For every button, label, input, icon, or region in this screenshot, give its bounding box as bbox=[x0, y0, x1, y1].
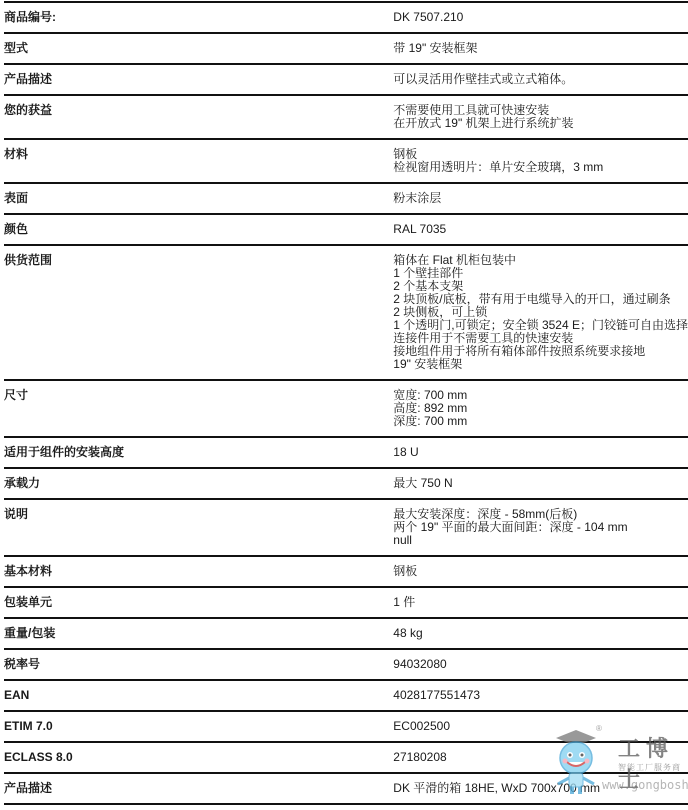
spec-value-line: DK 7507.210 bbox=[393, 11, 688, 24]
spec-value-line: 最大 750 N bbox=[393, 477, 688, 490]
spec-value-line: 4028177551473 bbox=[393, 689, 688, 702]
spec-label: ECLASS 8.0 bbox=[4, 742, 393, 773]
spec-value: 粉末涂层 bbox=[393, 183, 688, 214]
spec-row: 您的获益不需要使用工具就可快速安装在开放式 19" 机架上进行系统扩装 bbox=[4, 95, 688, 139]
spec-row: 供货范围箱体在 Flat 机柜包装中1 个壁挂部件2 个基本支架2 块顶板/底板… bbox=[4, 245, 688, 380]
spec-value-line: 两个 19" 平面的最大面间距：深度 - 104 mm bbox=[393, 521, 688, 534]
spec-value: 钢板检视窗用透明片：单片安全玻璃，3 mm bbox=[393, 139, 688, 183]
spec-value: RAL 7035 bbox=[393, 214, 688, 245]
spec-label: 型式 bbox=[4, 33, 393, 64]
spec-label: 包装单元 bbox=[4, 587, 393, 618]
spec-value-line: 带 19" 安装框架 bbox=[393, 42, 688, 55]
spec-value: 1 件 bbox=[393, 587, 688, 618]
spec-label: 基本材料 bbox=[4, 556, 393, 587]
spec-label: 材料 bbox=[4, 139, 393, 183]
spec-value-line: 19" 安装框架 bbox=[393, 358, 688, 371]
spec-label: 表面 bbox=[4, 183, 393, 214]
spec-row: 尺寸宽度: 700 mm高度: 892 mm深度: 700 mm bbox=[4, 380, 688, 437]
spec-value-line: EC002500 bbox=[393, 720, 688, 733]
spec-row: 承载力最大 750 N bbox=[4, 468, 688, 499]
spec-value: 27180208 bbox=[393, 742, 688, 773]
spec-row: 商品编号:DK 7507.210 bbox=[4, 2, 688, 33]
spec-value: 4028177551473 bbox=[393, 680, 688, 711]
spec-row: 适用于组件的安装高度18 U bbox=[4, 437, 688, 468]
spec-value-line: 在开放式 19" 机架上进行系统扩装 bbox=[393, 117, 688, 130]
spec-row: 产品描述DK 平滑的箱 18HE, WxD 700x700 mm bbox=[4, 773, 688, 804]
spec-value: 可以灵活用作壁挂式或立式箱体。 bbox=[393, 64, 688, 95]
spec-label: 供货范围 bbox=[4, 245, 393, 380]
spec-label: ETIM 7.0 bbox=[4, 711, 393, 742]
spec-value: EC002500 bbox=[393, 711, 688, 742]
spec-value: 最大 750 N bbox=[393, 468, 688, 499]
spec-label: 说明 bbox=[4, 499, 393, 556]
spec-label: 适用于组件的安装高度 bbox=[4, 437, 393, 468]
spec-value: 钢板 bbox=[393, 556, 688, 587]
spec-row: EAN4028177551473 bbox=[4, 680, 688, 711]
spec-value: 箱体在 Flat 机柜包装中1 个壁挂部件2 个基本支架2 块顶板/底板，带有用… bbox=[393, 245, 688, 380]
spec-label: 颜色 bbox=[4, 214, 393, 245]
spec-row: 材料钢板检视窗用透明片：单片安全玻璃，3 mm bbox=[4, 139, 688, 183]
spec-row: 型式带 19" 安装框架 bbox=[4, 33, 688, 64]
spec-value-line: 钢板 bbox=[393, 565, 688, 578]
spec-row: 产品描述可以灵活用作壁挂式或立式箱体。 bbox=[4, 64, 688, 95]
spec-value: 18 U bbox=[393, 437, 688, 468]
spec-value-line: 48 kg bbox=[393, 627, 688, 640]
spec-value-line: 可以灵活用作壁挂式或立式箱体。 bbox=[393, 73, 688, 86]
spec-value-line: 18 U bbox=[393, 446, 688, 459]
spec-label: 商品编号: bbox=[4, 2, 393, 33]
spec-value-line: 深度: 700 mm bbox=[393, 415, 688, 428]
spec-value: 带 19" 安装框架 bbox=[393, 33, 688, 64]
spec-value-line: 94032080 bbox=[393, 658, 688, 671]
spec-row: 基本材料钢板 bbox=[4, 556, 688, 587]
spec-value: 不需要使用工具就可快速安装在开放式 19" 机架上进行系统扩装 bbox=[393, 95, 688, 139]
spec-row: 税率号94032080 bbox=[4, 649, 688, 680]
spec-table-body: 商品编号:DK 7507.210型式带 19" 安装框架产品描述可以灵活用作壁挂… bbox=[4, 2, 688, 804]
spec-value: DK 平滑的箱 18HE, WxD 700x700 mm bbox=[393, 773, 688, 804]
spec-value-line: 1 件 bbox=[393, 596, 688, 609]
spec-label: 尺寸 bbox=[4, 380, 393, 437]
spec-value: 94032080 bbox=[393, 649, 688, 680]
spec-row: 包装单元1 件 bbox=[4, 587, 688, 618]
spec-value-line: 检视窗用透明片：单片安全玻璃，3 mm bbox=[393, 161, 688, 174]
spec-row: 说明最大安装深度：深度 - 58mm(后板)两个 19" 平面的最大面间距：深度… bbox=[4, 499, 688, 556]
spec-value: 宽度: 700 mm高度: 892 mm深度: 700 mm bbox=[393, 380, 688, 437]
spec-value-line: 27180208 bbox=[393, 751, 688, 764]
spec-value: 最大安装深度：深度 - 58mm(后板)两个 19" 平面的最大面间距：深度 -… bbox=[393, 499, 688, 556]
spec-value: DK 7507.210 bbox=[393, 2, 688, 33]
spec-row: 重量/包装48 kg bbox=[4, 618, 688, 649]
spec-row: 颜色RAL 7035 bbox=[4, 214, 688, 245]
spec-value-line: DK 平滑的箱 18HE, WxD 700x700 mm bbox=[393, 782, 688, 795]
spec-value-line: 粉末涂层 bbox=[393, 192, 688, 205]
spec-label: EAN bbox=[4, 680, 393, 711]
spec-label: 税率号 bbox=[4, 649, 393, 680]
spec-label: 承载力 bbox=[4, 468, 393, 499]
spec-label: 重量/包装 bbox=[4, 618, 393, 649]
spec-row: ECLASS 8.027180208 bbox=[4, 742, 688, 773]
spec-label: 产品描述 bbox=[4, 64, 393, 95]
spec-label: 您的获益 bbox=[4, 95, 393, 139]
spec-value-line: null bbox=[393, 534, 688, 547]
spec-value-line: RAL 7035 bbox=[393, 223, 688, 236]
spec-row: 表面粉末涂层 bbox=[4, 183, 688, 214]
product-spec-table: 商品编号:DK 7507.210型式带 19" 安装框架产品描述可以灵活用作壁挂… bbox=[4, 1, 688, 805]
spec-label: 产品描述 bbox=[4, 773, 393, 804]
spec-row: ETIM 7.0EC002500 bbox=[4, 711, 688, 742]
spec-value: 48 kg bbox=[393, 618, 688, 649]
